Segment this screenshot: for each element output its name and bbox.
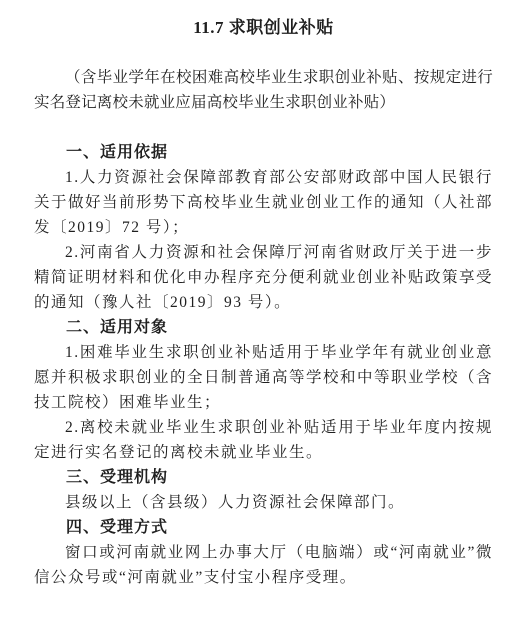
section-accepting-agency: 三、受理机构 县级以上（含县级）人力资源社会保障部门。 — [34, 465, 493, 515]
paragraph-basis-2: 2.河南省人力资源和社会保障厅河南省财政厅关于进一步精简证明材料和优化申办程序充… — [34, 240, 493, 315]
paragraph-basis-1: 1.人力资源社会保障部教育部公安部财政部中国人民银行关于做好当前形势下高校毕业生… — [34, 165, 493, 240]
section-heading-accepting-method: 四、受理方式 — [34, 515, 493, 540]
intro-note: （含毕业学年在校困难高校毕业生求职创业补贴、按规定进行实名登记离校未就业应届高校… — [34, 65, 493, 115]
section-accepting-method: 四、受理方式 窗口或河南就业网上办事大厅（电脑端）或“河南就业”微信公众号或“河… — [34, 515, 493, 590]
paragraph-target-2: 2.离校未就业毕业生求职创业补贴适用于毕业年度内按规定进行实名登记的离校未就业毕… — [34, 415, 493, 465]
section-heading-accepting-agency: 三、受理机构 — [34, 465, 493, 490]
paragraph-target-1: 1.困难毕业生求职创业补贴适用于毕业学年有就业创业意愿并积极求职创业的全日制普通… — [34, 340, 493, 415]
paragraph-method: 窗口或河南就业网上办事大厅（电脑端）或“河南就业”微信公众号或“河南就业”支付宝… — [34, 540, 493, 590]
paragraph-agency: 县级以上（含县级）人力资源社会保障部门。 — [34, 490, 493, 515]
section-applicable-basis: 一、适用依据 1.人力资源社会保障部教育部公安部财政部中国人民银行关于做好当前形… — [34, 140, 493, 315]
section-heading-applicable-targets: 二、适用对象 — [34, 315, 493, 340]
section-applicable-targets: 二、适用对象 1.困难毕业生求职创业补贴适用于毕业学年有就业创业意愿并积极求职创… — [34, 315, 493, 465]
document-title: 11.7 求职创业补贴 — [34, 15, 493, 40]
document-page: 11.7 求职创业补贴 （含毕业学年在校困难高校毕业生求职创业补贴、按规定进行实… — [0, 0, 527, 619]
section-heading-applicable-basis: 一、适用依据 — [34, 140, 493, 165]
